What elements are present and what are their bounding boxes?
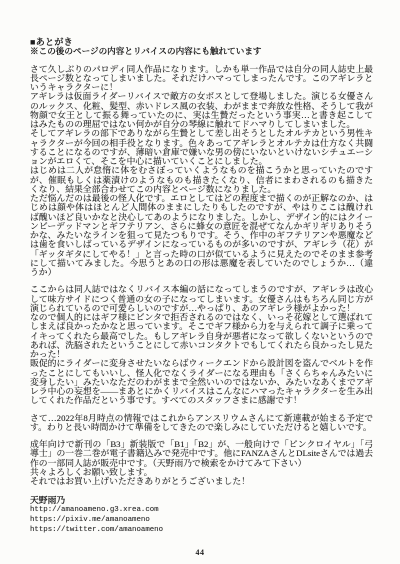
afterword-section-announcement: さて…2022年8月時点の情報ではこれからアンスリウムさんにて新連載が始まる予定… [30, 414, 373, 433]
paragraph-olteca-description: そしてアギレラの部下でありながら生贄として差し出そうとしたオルテカという男性キャ… [30, 129, 373, 166]
afterword-section-main: さて久しぶりのパロディ同人作品になります。しかも単一作品では自分の同人誌史上最長… [30, 65, 373, 278]
paragraph-personal-wish: なので個人的にはギフ様にビンタで拒否されるのではなく、いっそ花嫁として選ばれてし… [30, 313, 373, 359]
page-number: 44 [0, 548, 400, 557]
paragraph-books-on-sale: 成年向けで新刊の「B3」新装版で「B1」「B2」が、一般向けで「ピンクロイヤル」… [30, 440, 373, 468]
afterword-section-series-talk: ここからは同人誌ではなくリバイス本編の話になってしまうのですが、アギレラは改心し… [30, 285, 373, 405]
afterword-section-sales-info: 成年向けで新刊の「B3」新装版で「B1」「B2」が、一般向けで「ピンクロイヤル」… [30, 440, 373, 486]
paragraph-series-talk: ここからは同人誌ではなくリバイス本編の話になってしまうのですが、アギレラは改心し… [30, 285, 373, 313]
paragraph-new-serial-announcement: さて…2022年8月時点の情報ではこれからアンスリウムさんにて新連載が始まる予定… [30, 414, 373, 433]
author-website-url: http://amanoameno.g3.xrea.com [30, 505, 373, 515]
paragraph-rider-fantasy: 販促的にライダーに変身させたいならばウィークエンドから設計図を盗んでベルトを作っ… [30, 359, 373, 405]
author-name: 天野雨乃 [30, 495, 373, 505]
paragraph-intro: さて久しぶりのパロディ同人作品になります。しかも単一作品では自分の同人誌史上最長… [30, 65, 373, 93]
afterword-content: ■あとがき ※この後のページの内容とリバイスの内容にも触れています さて久しぶり… [30, 37, 373, 535]
content-warning-note: ※この後のページの内容とリバイスの内容にも触れています [30, 47, 373, 57]
author-pixiv-url: https://pixiv.me/amanoameno [30, 515, 373, 525]
paragraph-thanks: それではお買い上げいただきありがとうございました！ [30, 477, 373, 486]
paragraph-story-planning: はじめは二人が怠惰に体をむさぼっていくようなものを描こうかと思っていたのですが、… [30, 166, 373, 194]
author-twitter-url: https://twitter.com/amanoameno [30, 525, 373, 535]
document-page: ■あとがき ※この後のページの内容とリバイスの内容にも触れています さて久しぶり… [0, 0, 400, 564]
author-block: 天野雨乃 http://amanoameno.g3.xrea.com https… [30, 495, 373, 535]
paragraph-aguilera-description: アギレラは仮面ライダーリバイスで敵方の女ボスとして登場しました。演じる女優さんの… [30, 92, 373, 129]
paragraph-monster-design: ただ悩んだのは最後の怪人化です。エロとしてはどの程度まで描くのが正解なのか、はじ… [30, 194, 373, 277]
